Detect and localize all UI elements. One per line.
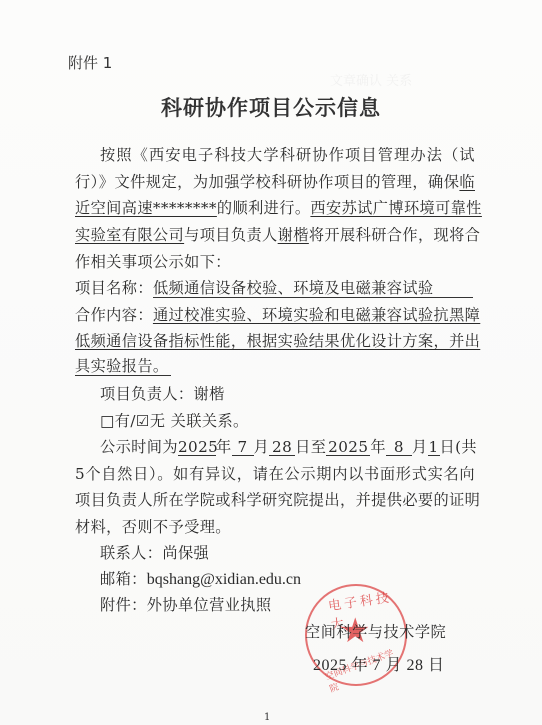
year-label-2: 年 (370, 438, 386, 456)
cooperation-content-line-2: 低频通信设备指标性能，根据实验结果优化设计方案，并出 (75, 330, 475, 351)
attachment-label: 附件 1 (68, 52, 112, 73)
notice-line-3: 项目负责人所在学院或科学研究院提出，并提供必要的证明 (75, 489, 475, 510)
start-month: 7 (232, 439, 254, 456)
bleed-through-text: 文章确认 关系 (330, 70, 412, 89)
contact-row: 联系人：尚保强 (100, 542, 475, 563)
cooperation-content-line-3: 具实验报告。 (75, 358, 171, 376)
document-page: 文章确认 关系 附件 1 科研协作项目公示信息 按照《西安电子科技大学科研协作项… (0, 0, 542, 725)
attachment-item-value: 外协单位营业执照 (147, 596, 272, 614)
email-label: 邮箱： (100, 570, 147, 588)
signature-date: 2025 年 7 月 28 日 (313, 652, 445, 675)
start-year: 2025 (178, 439, 216, 456)
relation-checkbox-row: □有/☑无 关联关系。 (100, 410, 475, 431)
notice-prefix: 公示时间为 (100, 438, 178, 456)
day-to-label: 日至 (295, 438, 326, 456)
intro-line-2-text: 行）》文件规定，为加强学校科研协作项目的管理，确保 (75, 173, 459, 191)
cooperation-content-line-3-row: 具实验报告。 (75, 357, 475, 376)
project-leader-row: 项目负责人：谢楷 (100, 383, 475, 404)
contact-value: 尚保强 (162, 544, 209, 562)
intro-line-4: 实验室有限公司与项目负责人谢楷将开展科研合作，现将合 (75, 224, 475, 245)
intro-line-5: 作相关事项公示如下： (75, 251, 475, 272)
project-leader-value: 谢楷 (194, 385, 225, 403)
project-leader-label: 项目负责人： (100, 385, 194, 403)
end-month: 8 (386, 439, 412, 456)
start-day: 28 (269, 439, 295, 456)
attachment-item-label: 附件： (100, 596, 147, 614)
notice-period-row: 公示时间为2025年7月28日至2025年8月1日(共 (100, 436, 475, 457)
contact-label: 联系人： (100, 544, 162, 562)
project-name-value: 低频通信设备校验、环境及电磁兼容试验 (153, 280, 473, 298)
intro-line-4-text: 与项目负责人 (184, 226, 278, 244)
email-link[interactable]: bqshang@xidian.edu.cn (147, 571, 301, 588)
partner-company-name: 西安苏试广博环境可靠性 (310, 199, 481, 217)
attachment-row: 附件：外协单位营业执照 (100, 594, 475, 615)
page-number: 1 (264, 712, 270, 723)
notice-line-4: 材料，否则不予受理。 (75, 516, 475, 537)
month-label: 月 (254, 438, 270, 456)
intro-line-1: 按照《西安电子科技大学科研协作项目管理办法（试 (100, 144, 475, 165)
intro-line-3-text: 的顺利进行。 (217, 199, 311, 217)
month-label-2: 月 (412, 438, 428, 456)
year-label: 年 (216, 438, 232, 456)
end-year: 2025 (326, 439, 370, 456)
intro-line-4-end: 将开展科研合作，现将合 (309, 226, 480, 244)
project-name-masked-start: 临 (459, 173, 475, 191)
notice-suffix: 日(共 (440, 438, 478, 456)
cooperation-content-row: 合作内容：通过校准实验、环境实验和电磁兼容试验抗黑障 (75, 304, 475, 325)
email-row: 邮箱：bqshang@xidian.edu.cn (100, 568, 475, 589)
signature-org: 空间科学与技术学院 (305, 621, 446, 642)
end-day: 1 (428, 439, 440, 456)
project-leader-name: 谢楷 (278, 226, 309, 244)
project-name-row: 项目名称：低频通信设备校验、环境及电磁兼容试验 (75, 277, 475, 298)
partner-company-name-cont: 实验室有限公司 (75, 226, 184, 244)
project-name-masked: 近空间高速******** (75, 199, 217, 217)
cooperation-content-label: 合作内容： (75, 306, 153, 324)
project-name-label: 项目名称： (75, 279, 153, 297)
page-title: 科研协作项目公示信息 (0, 92, 542, 122)
notice-line-2: 5个自然日）。如有异议，请在公示期内以书面形式实名向 (75, 463, 475, 484)
intro-line-3: 近空间高速********的顺利进行。西安苏试广博环境可靠性 (75, 197, 475, 218)
intro-line-2: 行）》文件规定，为加强学校科研协作项目的管理，确保临 (75, 171, 475, 192)
cooperation-content-line-1: 通过校准实验、环境实验和电磁兼容试验抗黑障 (153, 306, 480, 324)
